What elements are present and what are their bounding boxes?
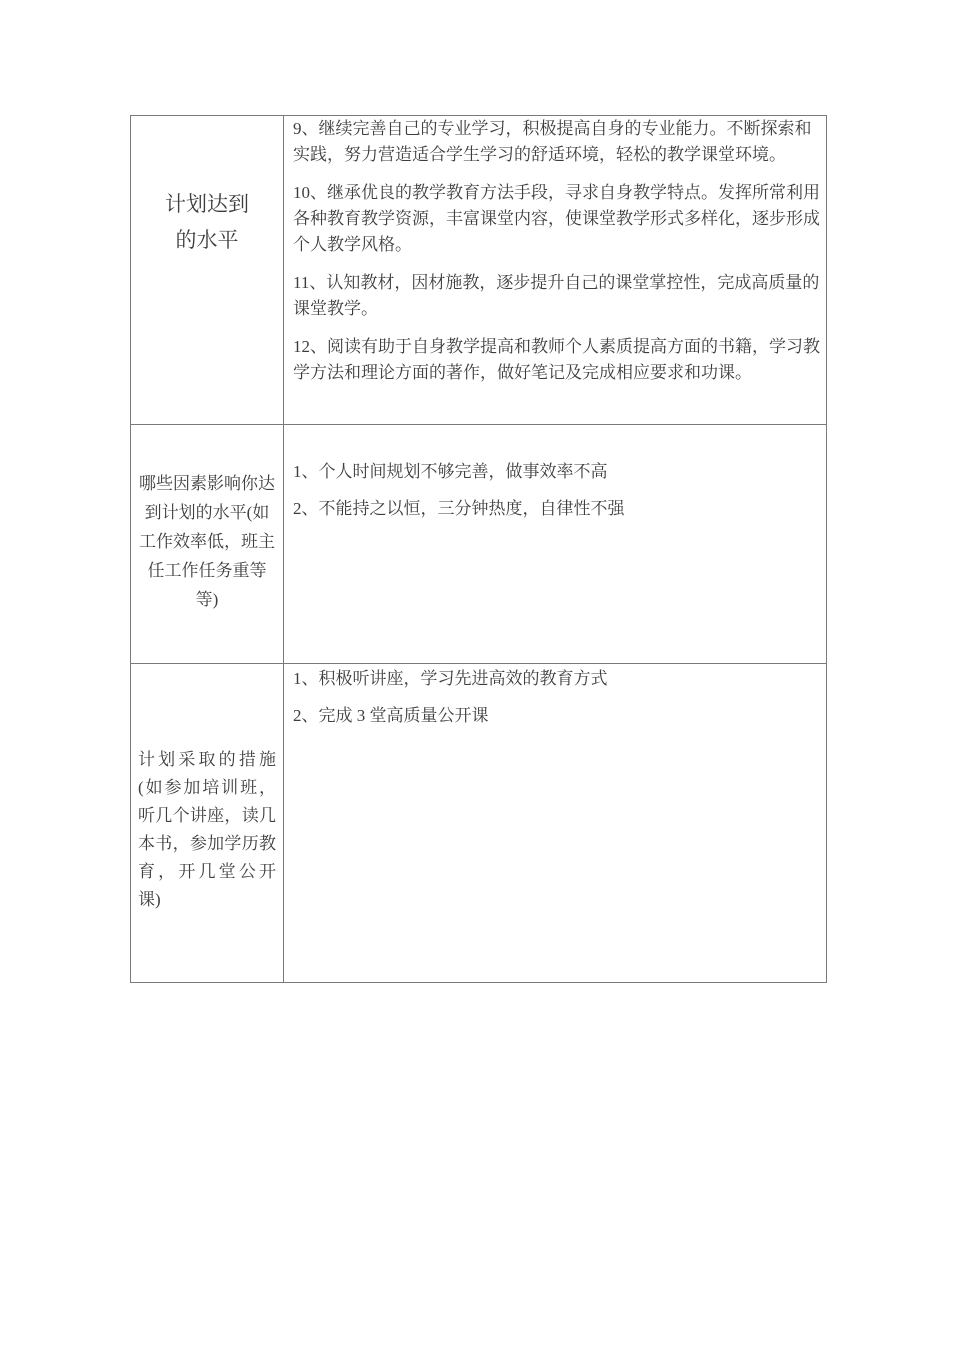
paragraph-item-11: 11、认知教材，因材施教，逐步提升自己的课堂掌控性，完成高质量的课堂教学。 xyxy=(293,270,820,322)
paragraph-factor-2: 2、不能持之以恒，三分钟热度，自律性不强 xyxy=(293,496,820,522)
paragraph-measure-1: 1、积极听讲座，学习先进高效的教育方式 xyxy=(293,666,820,692)
cell-planned-measures-content: 1、积极听讲座，学习先进高效的教育方式 2、完成 3 堂高质量公开课 xyxy=(284,664,827,983)
row-label-line: 的水平 xyxy=(135,222,279,258)
table-row-planned-measures: 计划采取的措施(如参加培训班，听几个讲座，读几本书，参加学历教育，开几堂公开课)… xyxy=(131,664,827,983)
cell-influencing-factors-content: 1、个人时间规划不够完善，做事效率不高 2、不能持之以恒，三分钟热度，自律性不强 xyxy=(284,425,827,664)
row-label-planned-measures: 计划采取的措施(如参加培训班，听几个讲座，读几本书，参加学历教育，开几堂公开课) xyxy=(131,664,284,983)
document-page: 计划达到 的水平 9、继续完善自己的专业学习，积极提高自身的专业能力。不断探索和… xyxy=(0,0,960,1357)
cell-planned-level-content: 9、继续完善自己的专业学习，积极提高自身的专业能力。不断探索和实践，努力营造适合… xyxy=(284,116,827,425)
paragraph-item-9: 9、继续完善自己的专业学习，积极提高自身的专业能力。不断探索和实践，努力营造适合… xyxy=(293,116,820,168)
table-row-influencing-factors: 哪些因素影响你达到计划的水平(如工作效率低，班主任工作任务重等等) 1、个人时间… xyxy=(131,425,827,664)
paragraph-measure-2: 2、完成 3 堂高质量公开课 xyxy=(293,703,820,729)
table-row-planned-level: 计划达到 的水平 9、继续完善自己的专业学习，积极提高自身的专业能力。不断探索和… xyxy=(131,116,827,425)
development-plan-table: 计划达到 的水平 9、继续完善自己的专业学习，积极提高自身的专业能力。不断探索和… xyxy=(130,115,827,983)
row-label-text: 哪些因素影响你达到计划的水平(如工作效率低，班主任工作任务重等等) xyxy=(137,469,277,614)
paragraph-item-12: 12、阅读有助于自身教学提高和教师个人素质提高方面的书籍，学习教学方法和理论方面… xyxy=(293,334,820,386)
row-label-planned-level: 计划达到 的水平 xyxy=(131,116,284,425)
row-label-text: 计划采取的措施(如参加培训班，听几个讲座，读几本书，参加学历教育，开几堂公开课) xyxy=(138,746,276,914)
row-label-influencing-factors: 哪些因素影响你达到计划的水平(如工作效率低，班主任工作任务重等等) xyxy=(131,425,284,664)
paragraph-factor-1: 1、个人时间规划不够完善，做事效率不高 xyxy=(293,459,820,485)
row-label-line: 计划达到 xyxy=(135,186,279,222)
paragraph-item-10: 10、继承优良的教学教育方法手段，寻求自身教学特点。发挥所常利用各种教育教学资源… xyxy=(293,180,820,258)
